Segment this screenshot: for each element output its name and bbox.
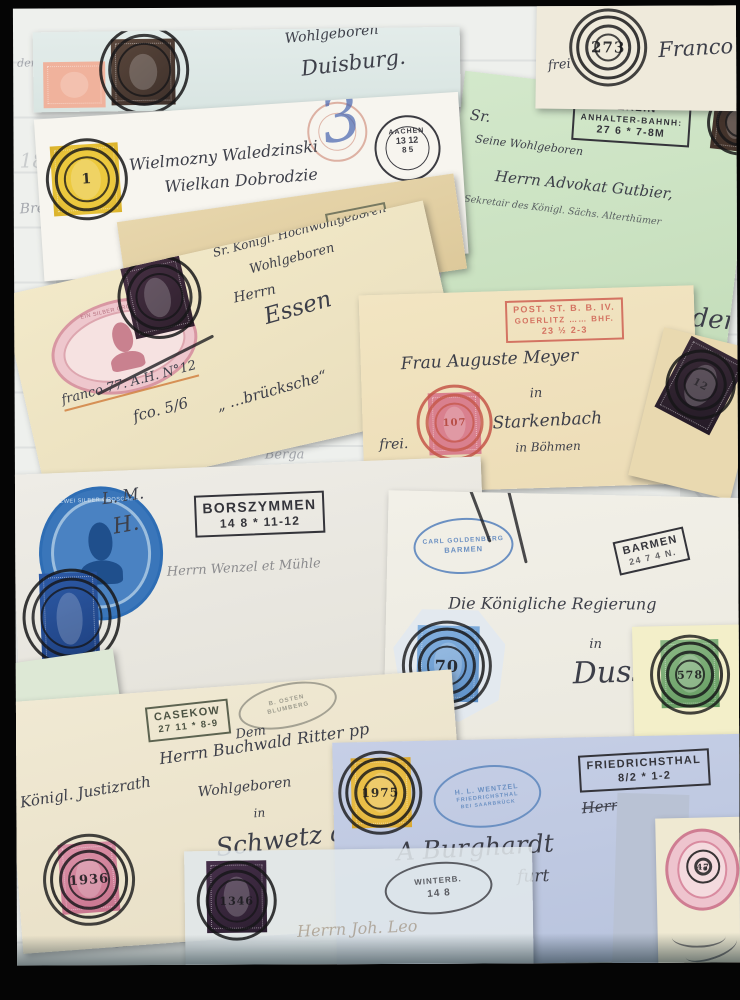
address-city: Duisburg. <box>300 45 407 81</box>
address-line: Königl. Justizrath <box>19 773 152 812</box>
cancel-numeral: 47 <box>688 851 719 882</box>
manuscript-paraph: H. <box>111 510 141 539</box>
routing-note: „ …brücksche“ <box>215 366 329 414</box>
address-line: Wohlgeboren <box>197 774 292 800</box>
numeral-cancel-icon: 578 <box>656 641 723 708</box>
cover-47: 47 <box>655 817 740 966</box>
stamp-salmon <box>43 61 106 108</box>
address-city: Starkenbach <box>492 408 602 433</box>
cancel-numeral: 273 <box>579 18 638 77</box>
cancel-numeral: 1 <box>46 139 127 220</box>
address-line: Seine Wohlgeboren <box>475 132 584 158</box>
cancel-numeral: 1346 <box>199 863 274 938</box>
address-line: Wohlgeboren <box>284 27 379 47</box>
manuscript-note: frei <box>547 57 571 74</box>
cachet-line: BARMEN <box>444 544 483 556</box>
address-line: in <box>589 637 602 652</box>
rate-note: fco. 5/6 <box>131 394 190 426</box>
frei-note: frei. <box>379 436 409 453</box>
cancel-numeral: 1975 <box>348 760 413 825</box>
address-line: Wielkan Dobrodzie <box>164 165 319 197</box>
postmark-casekow: CASEKOW 27 11 * 8-9 <box>145 699 231 742</box>
address-line: Herrn Wenzel et Mühle <box>166 556 321 580</box>
address-line: in <box>529 386 542 401</box>
cancel-numeral: 578 <box>659 644 720 705</box>
numeral-cancel-icon: 1 <box>43 136 130 223</box>
photo-of-postal-covers: derb 186 Brey Gose Berga Düderich + 54 G… <box>0 0 740 1000</box>
postmark-borszymmen: BORSZYMMEN 14 8 * 11-12 <box>194 491 326 538</box>
address-line: Herrn Joh. Leo <box>297 916 418 941</box>
address-line: Die Königliche Regierung <box>448 594 656 614</box>
album-photo: derb 186 Brey Gose Berga Düderich + 54 G… <box>13 5 740 965</box>
oval-postmark-winterberg: WINTERB. 14 8 <box>383 858 495 919</box>
address-line: Frau Auguste Meyer <box>400 346 579 375</box>
cover-winterberg-letter: 1346 WINTERB. 14 8 Herrn Joh. Leo <box>184 847 534 966</box>
numeral-cancel-icon: 273 <box>576 15 641 80</box>
cancel-numeral: 107 <box>419 387 491 459</box>
address-city: Franco <box>657 34 733 62</box>
address-line: in <box>253 806 266 821</box>
numeral-cancel-icon: 1975 <box>345 757 417 829</box>
postmark-barmen: BARMEN 24 7 4 N. <box>613 527 691 576</box>
postmark-line: 14 8 * 11-12 <box>203 513 318 533</box>
numeral-cancel-icon <box>99 27 190 113</box>
numeral-cancel-icon: 1936 <box>47 838 131 922</box>
numeral-cancel-icon: 107 <box>415 383 493 461</box>
postmark-goerlitz-red: POST. ST. B. B. IV. GOERLITZ …… BHF. 23 … <box>505 297 624 342</box>
address-region: in Böhmen <box>515 439 581 455</box>
postmark-friedrichsthal: FRIEDRICHSTHAL 8/2 * 1-2 <box>578 748 711 792</box>
postmark-line: 14 8 <box>427 886 451 901</box>
aachen-datestamp: AACHEN 13 12 8 5 <box>372 113 442 183</box>
address-line: Herrn Advokat Gutbier, <box>494 167 674 203</box>
cds-time: 8 5 <box>376 143 438 156</box>
numeral-cancel-icon: 1346 <box>196 860 277 941</box>
cancel-numeral: 1936 <box>50 841 127 918</box>
firm-cachet-goldenberg: CARL GOLDENBERG BARMEN <box>412 516 515 577</box>
firm-cachet-wentzel: H. L. WENTZEL FRIEDRICHSTHAL bei SAARBRÜ… <box>430 760 544 833</box>
cover-273: 273 frei Franco <box>535 5 740 111</box>
address-salutation: Sr. <box>469 106 492 126</box>
numeral-cancel-icon: 12 <box>653 337 740 432</box>
numeral-cancel-icon: 47 <box>686 849 721 884</box>
